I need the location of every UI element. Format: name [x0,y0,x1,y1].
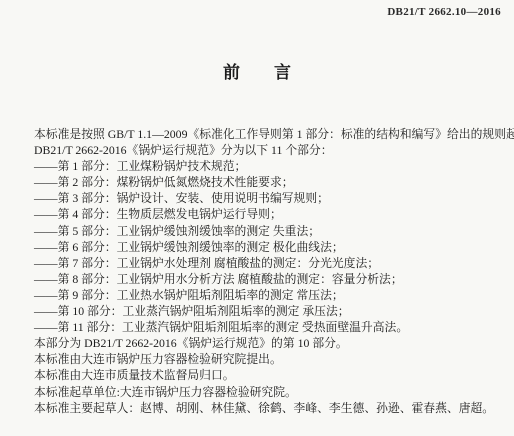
body-line-proposed-by: 本标准由大连市锅炉压力容器检验研究院提出。 [34,351,508,367]
body-line-part-11: ——第 11 部分：工业蒸汽锅炉阻垢剂阻垢率的测定 受热面壁温升高法。 [34,319,508,335]
page-title: 前 言 [0,58,514,83]
document-number: DB21/T 2662.10—2016 [387,6,501,18]
body-line-part-8: ——第 8 部分：工业锅炉用水分析方法 腐植酸盐的测定：容量分析法； [34,271,508,287]
body-line-part-4: ——第 4 部分：生物质层燃发电锅炉运行导则； [34,206,508,222]
body-line-part-10: ——第 10 部分：工业蒸汽锅炉阻垢剂阻垢率的测定 承压法； [34,303,508,319]
document-body: 本标准是按照 GB/T 1.1—2009《标准化工作导则第 1 部分：标准的结构… [34,126,508,416]
body-line-series: DB21/T 2662-2016《锅炉运行规范》分为以下 11 个部分： [34,142,508,158]
body-line-drafters: 本标准主要起草人：赵博、胡刚、林佳黛、徐鹤、李峰、李生德、孙逊、霍春燕、唐超。 [34,400,508,416]
body-line-part-5: ——第 5 部分：工业锅炉缓蚀剂缓蚀率的测定 失重法； [34,223,508,239]
body-line-intro: 本标准是按照 GB/T 1.1—2009《标准化工作导则第 1 部分：标准的结构… [34,126,508,142]
body-line-part-6: ——第 6 部分：工业锅炉缓蚀剂缓蚀率的测定 极化曲线法； [34,239,508,255]
body-line-managed-by: 本标准由大连市质量技术监督局归口。 [34,367,508,383]
body-line-part-9: ——第 9 部分：工业热水锅炉阻垢剂阻垢率的测定 常压法； [34,287,508,303]
body-line-part-2: ——第 2 部分：煤粉锅炉低氮燃烧技术性能要求； [34,174,508,190]
body-line-part-1: ——第 1 部分：工业煤粉锅炉技术规范； [34,158,508,174]
document-page: DB21/T 2662.10—2016 前 言 本标准是按照 GB/T 1.1—… [0,0,514,436]
body-line-part-7: ——第 7 部分：工业锅炉水处理剂 腐植酸盐的测定：分光光度法； [34,255,508,271]
body-line-part-3: ——第 3 部分：锅炉设计、安装、使用说明书编写规则； [34,190,508,206]
body-line-this-part: 本部分为 DB21/T 2662-2016《锅炉运行规范》的第 10 部分。 [34,335,508,351]
body-line-drafting-org: 本标准起草单位:大连市锅炉压力容器检验研究院。 [34,384,508,400]
